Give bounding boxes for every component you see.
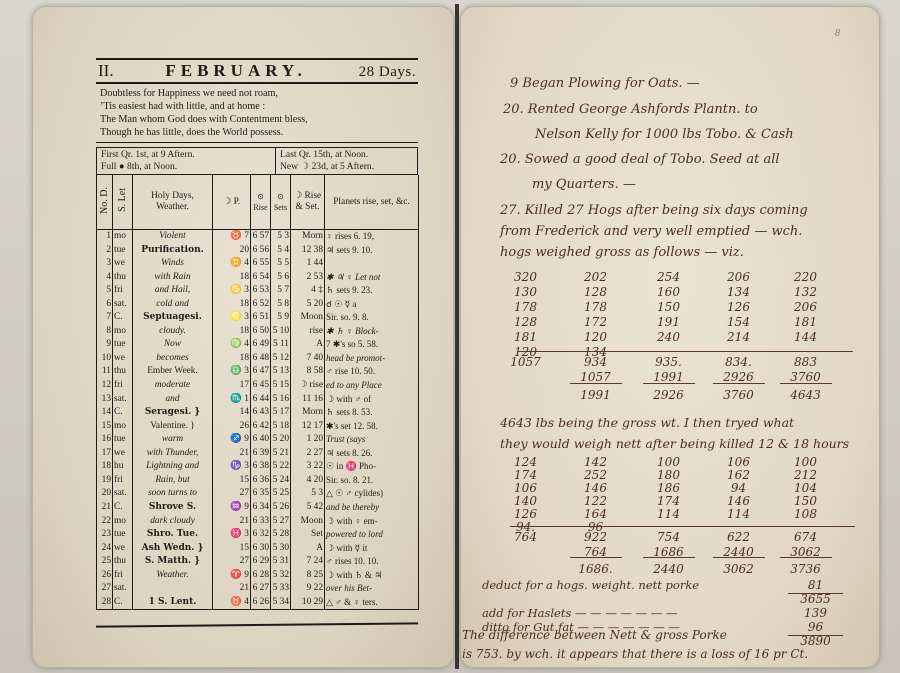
weight-value: 150 <box>641 300 696 314</box>
weekday: tue <box>113 244 133 258</box>
planets-note: and be thereby <box>325 501 419 515</box>
weekday: C. <box>113 311 133 325</box>
entry-line: my Quarters. — <box>532 177 636 192</box>
moon-place: 21 <box>213 447 251 461</box>
moon-place: 27 <box>213 487 251 501</box>
deduction-label: add for Haslets — — — — — — — <box>482 606 677 620</box>
table-row: 15moValentine. }266 425 1812 17✱'s set 1… <box>97 420 419 434</box>
deduction-value: 139 <box>788 606 843 620</box>
conclusion-line: is 753. by wch. it appears that there is… <box>462 647 808 661</box>
phase-last-quarter: Last Qr. 15th, at Noon. <box>280 149 374 161</box>
total-value: 674 <box>778 530 833 544</box>
holy-day-weather: soon turns to <box>133 487 213 501</box>
weight-value: 144 <box>778 330 833 344</box>
day-number: 19 <box>97 474 113 488</box>
weight-value: 191 <box>641 315 696 329</box>
header-sun-set: ⊙ Sets <box>271 175 291 230</box>
moon-rise-set: 2 53 <box>291 271 325 285</box>
planets-note: ♀ rises 6. 19, <box>325 230 419 244</box>
sun-rise: 6 47 <box>251 365 271 379</box>
sum-rule <box>713 383 765 384</box>
planets-note: ☽ with ♄ & ♃ <box>325 569 419 583</box>
moon-place: 18 <box>213 298 251 312</box>
table-row: 5friand Hail,♋ 36 535 74 ‡♄ sets 9. 23. <box>97 284 419 298</box>
sun-set: 5 12 <box>271 352 291 366</box>
planets-note: head be promot- <box>325 352 419 366</box>
weight-value: 142 <box>568 455 623 469</box>
day-number: 10 <box>97 352 113 366</box>
moon-place: ♍ 4 <box>213 338 251 352</box>
sun-set: 5 3 <box>271 230 291 244</box>
table-row: 25thuS. Matth. }276 295 317 24♂ rises 10… <box>97 555 419 569</box>
weight-value: 126 <box>498 507 553 521</box>
table-row: 22modark cloudy216 335 27Moon☽ with ♀ em… <box>97 514 419 528</box>
month-title: II. FEBRUARY. 28 Days. <box>96 58 418 84</box>
sun-rise: 6 39 <box>251 447 271 461</box>
moon-rise-set: 12 17 <box>291 420 325 434</box>
weight-value: 108 <box>778 507 833 521</box>
sun-set: 5 16 <box>271 393 291 407</box>
sun-set: 5 21 <box>271 447 291 461</box>
sun-set: 5 33 <box>271 582 291 596</box>
moon-rise-set: 5 20 <box>291 298 325 312</box>
day-number: 23 <box>97 528 113 542</box>
entry-line: from Frederick and very well emptied — w… <box>500 224 802 239</box>
day-number: 24 <box>97 542 113 556</box>
sun-rise: 6 56 <box>251 244 271 258</box>
table-row: 7C.Septuagesi.♌ 36 515 9MoonSir. so. 9. … <box>97 311 419 325</box>
holy-day-weather: S. Matth. } <box>133 555 213 569</box>
sun-rise: 6 30 <box>251 542 271 556</box>
deduction-label: deduct for a hogs. weight. nett porke <box>482 578 699 592</box>
moon-rise-set: 1 44 <box>291 257 325 271</box>
sun-set: 5 34 <box>271 596 291 610</box>
entry-line: 20. Rented George Ashfords Plantn. to <box>503 102 758 117</box>
table-row: 6sat.cold and186 525 85 20☌ ☉ ☿ a <box>97 298 419 312</box>
sum-rule <box>780 383 832 384</box>
planets-note: ☽ with ☿ it <box>325 542 419 556</box>
sun-rise: 6 43 <box>251 406 271 420</box>
sun-rise: 6 42 <box>251 420 271 434</box>
table-row: 13sat.and♏ 16 445 1611 16☽ with ♂ of <box>97 393 419 407</box>
planets-note: △ ♂ & ♀ ters. <box>325 596 419 610</box>
day-number: 9 <box>97 338 113 352</box>
planets-note: ✱ ♄ ♀ Block- <box>325 325 419 339</box>
holy-day-weather: cloudy. <box>133 325 213 339</box>
net-intro-line: they would weigh nett after being killed… <box>500 436 849 451</box>
moon-place: ♓ 3 <box>213 528 251 542</box>
holy-day-weather: and <box>133 393 213 407</box>
moon-rise-set: Moon <box>291 311 325 325</box>
moon-place: ♉ 4 <box>213 596 251 610</box>
total-value: 934 <box>568 355 623 369</box>
sun-rise: 6 51 <box>251 311 271 325</box>
total-value: 754 <box>641 530 696 544</box>
month-numeral: II. <box>98 61 114 81</box>
holy-day-weather: becomes <box>133 352 213 366</box>
sun-rise: 6 29 <box>251 555 271 569</box>
sun-rise: 6 53 <box>251 284 271 298</box>
planets-note: ed to any Place <box>325 379 419 393</box>
weight-value: 202 <box>568 270 623 284</box>
weight-value: 212 <box>778 468 833 482</box>
planets-note: Sir. so. 9. 8. <box>325 311 419 325</box>
verse-line: Though he has little, does the World pos… <box>100 126 418 139</box>
planets-note: 7 ✱'s so 5. 58. <box>325 338 419 352</box>
table-row: 19friRain, but156 365 244 20Sir. so. 8. … <box>97 474 419 488</box>
net-intro-line: 4643 lbs being the gross wt. I then trye… <box>500 415 794 430</box>
holy-day-weather: warm <box>133 433 213 447</box>
holy-day-weather: dark cloudy <box>133 514 213 528</box>
day-number: 11 <box>97 365 113 379</box>
total-value: 834. <box>711 355 766 369</box>
holy-day-weather: and Hail, <box>133 284 213 298</box>
day-number: 16 <box>97 433 113 447</box>
planets-note: ☌ ☉ ☿ a <box>325 298 419 312</box>
day-number: 5 <box>97 284 113 298</box>
moon-rise-set: A <box>291 542 325 556</box>
planets-note: ♄ sets 9. 23. <box>325 284 419 298</box>
moon-rise-set: Morn <box>291 406 325 420</box>
sun-set: 5 10 <box>271 325 291 339</box>
header-moon-place: ☽ P. <box>213 175 251 230</box>
moon-place: 20 <box>213 244 251 258</box>
moon-phases-right: Last Qr. 15th, at Noon. New ☽ 23d, at 5 … <box>275 148 378 174</box>
weight-value: 124 <box>498 455 553 469</box>
sun-rise: 6 32 <box>251 528 271 542</box>
weekday: C. <box>113 501 133 515</box>
table-row: 4thuwith Rain186 545 62 53✱ ♃ ♀ Let not <box>97 271 419 285</box>
book-gutter <box>455 4 459 669</box>
sum-rule <box>518 351 853 352</box>
phase-full-moon: Full ● 8th, at Noon. <box>101 161 271 173</box>
table-row: 10webecomes186 485 127 40head be promot- <box>97 352 419 366</box>
verse-line: Doubtless for Happiness we need not roam… <box>100 87 418 100</box>
total-value: 3760 <box>711 388 766 402</box>
sun-rise: 6 40 <box>251 433 271 447</box>
weekday: hu <box>113 460 133 474</box>
day-number: 25 <box>97 555 113 569</box>
weekday: fri <box>113 569 133 583</box>
moon-place: ♏ 1 <box>213 393 251 407</box>
deduction-value: 96 <box>788 620 843 634</box>
planets-note: ♂ rise 10. 50. <box>325 365 419 379</box>
weight-value: 164 <box>568 507 623 521</box>
sun-set: 5 4 <box>271 244 291 258</box>
sun-rise: 6 45 <box>251 379 271 393</box>
weekday: fri <box>113 284 133 298</box>
table-row: 23tueShro. Tue.♓ 36 325 28Setpowered to … <box>97 528 419 542</box>
holy-day-weather: moderate <box>133 379 213 393</box>
moon-place: 15 <box>213 542 251 556</box>
table-row: 8mocloudy.186 505 10rise✱ ♄ ♀ Block- <box>97 325 419 339</box>
day-number: 1 <box>97 230 113 244</box>
weekday: thu <box>113 365 133 379</box>
total-value: 3062 <box>711 562 766 576</box>
weight-value: 106 <box>498 481 553 495</box>
weekday: tue <box>113 338 133 352</box>
moon-rise-set: 2 27 <box>291 447 325 461</box>
sun-set: 5 22 <box>271 460 291 474</box>
holy-day-weather: Now <box>133 338 213 352</box>
holy-day-weather <box>133 582 213 596</box>
total-value: 935. <box>641 355 696 369</box>
table-header: No. D. S. Let Holy Days, Weather. ☽ P. ⊙… <box>97 175 419 230</box>
day-number: 12 <box>97 379 113 393</box>
moon-place: ♊ 4 <box>213 257 251 271</box>
moon-rise-set: 9 22 <box>291 582 325 596</box>
moon-place: ♌ 3 <box>213 311 251 325</box>
weekday: we <box>113 542 133 556</box>
moon-place: ♋ 3 <box>213 284 251 298</box>
weight-value: 140 <box>498 494 553 508</box>
day-number: 2 <box>97 244 113 258</box>
sum-rule <box>643 383 695 384</box>
day-number: 17 <box>97 447 113 461</box>
moon-rise-set: 11 16 <box>291 393 325 407</box>
weekday: we <box>113 447 133 461</box>
total-value: 622 <box>711 530 766 544</box>
weight-value: 178 <box>498 300 553 314</box>
deduction-value: 3890 <box>788 634 843 648</box>
verse-line: The Man whom God does with Contentment b… <box>100 113 418 126</box>
sun-set: 5 8 <box>271 298 291 312</box>
day-number: 14 <box>97 406 113 420</box>
holy-day-weather: Purification. <box>133 244 213 258</box>
sun-rise: 6 44 <box>251 393 271 407</box>
day-number: 6 <box>97 298 113 312</box>
weight-value: 122 <box>568 494 623 508</box>
sun-set: 5 26 <box>271 501 291 515</box>
holy-day-weather: Septuagesi. <box>133 311 213 325</box>
moon-rise-set: 8 25 <box>291 569 325 583</box>
weight-value: 150 <box>778 494 833 508</box>
day-number: 13 <box>97 393 113 407</box>
moon-phases: First Qr. 1st, at 9 Aftern. Full ● 8th, … <box>96 147 418 175</box>
moon-rise-set: Moon <box>291 514 325 528</box>
total-value: 1057 <box>568 370 623 384</box>
moon-rise-set: A <box>291 338 325 352</box>
weight-value: 174 <box>498 468 553 482</box>
total-value: 2440 <box>641 562 696 576</box>
moon-rise-set: 12 38 <box>291 244 325 258</box>
table-row: 24weAsh Wedn. }156 305 30A☽ with ☿ it <box>97 542 419 556</box>
sun-rise: 6 36 <box>251 474 271 488</box>
phase-new-moon: New ☽ 23d, at 5 Aftern. <box>280 161 374 173</box>
table-row: 28C.1 S. Lent.♉ 46 265 3410 29△ ♂ & ♀ te… <box>97 596 419 610</box>
weight-value: 162 <box>711 468 766 482</box>
weight-value: 100 <box>778 455 833 469</box>
planets-note: ♃ sets 8. 26. <box>325 447 419 461</box>
table-row: 9tueNow♍ 46 495 11A7 ✱'s so 5. 58. <box>97 338 419 352</box>
sun-set: 5 31 <box>271 555 291 569</box>
weight-value: 128 <box>568 285 623 299</box>
planets-note: ♃ sets 9. 10. <box>325 244 419 258</box>
moon-rise-set: rise <box>291 325 325 339</box>
weight-value: 94 <box>711 481 766 495</box>
holy-day-weather: Shrove S. <box>133 501 213 515</box>
day-number: 8 <box>97 325 113 339</box>
month-days: 28 Days. <box>359 64 416 81</box>
moon-place: 18 <box>213 325 251 339</box>
moon-place: 21 <box>213 582 251 596</box>
deduction-value: 81 <box>788 578 843 592</box>
weight-value: 146 <box>711 494 766 508</box>
holy-day-weather: 1 S. Lent. <box>133 596 213 610</box>
entry-line: 27. Killed 27 Hogs after being six days … <box>500 203 808 218</box>
moon-place: 18 <box>213 352 251 366</box>
entry-line: hogs weighed gross as follows — viz. <box>500 245 744 260</box>
total-value: 4643 <box>778 388 833 402</box>
header-holy-days: Holy Days, Weather. <box>133 175 213 230</box>
weight-value: 180 <box>641 468 696 482</box>
sum-rule <box>570 557 622 558</box>
day-number: 3 <box>97 257 113 271</box>
sun-set: 5 18 <box>271 420 291 434</box>
holy-day-weather: cold and <box>133 298 213 312</box>
planets-note: ♂ rises 10. 10. <box>325 555 419 569</box>
holy-day-weather: Seragesi. } <box>133 406 213 420</box>
table-row: 11thuEmber Week.♎ 36 475 138 58♂ rise 10… <box>97 365 419 379</box>
day-number: 18 <box>97 460 113 474</box>
sun-rise: 6 34 <box>251 501 271 515</box>
weight-value: 252 <box>568 468 623 482</box>
sun-rise: 6 57 <box>251 230 271 244</box>
weight-value: 134 <box>711 285 766 299</box>
planets-note: Sir. so. 8. 21. <box>325 474 419 488</box>
moon-place: ♒ 9 <box>213 501 251 515</box>
weekday: mo <box>113 420 133 434</box>
weekday: mo <box>113 514 133 528</box>
moon-rise-set: ☽ rise <box>291 379 325 393</box>
moon-place: 14 <box>213 406 251 420</box>
phase-first-quarter: First Qr. 1st, at 9 Aftern. <box>101 149 271 161</box>
verse-line: ’Tis easiest had with little, and at hom… <box>100 100 418 113</box>
moon-rise-set: Set <box>291 528 325 542</box>
weight-value: 254 <box>641 270 696 284</box>
header-planets: Planets rise, set, &c. <box>325 175 419 230</box>
moon-place: 21 <box>213 514 251 528</box>
weight-value: 100 <box>641 455 696 469</box>
weekday: sat. <box>113 298 133 312</box>
day-number: 20 <box>97 487 113 501</box>
almanac-rows: 1moViolent♉ 76 575 3Morn♀ rises 6. 19,2t… <box>97 230 419 610</box>
table-row: 12frimoderate176 455 15☽ riseed to any P… <box>97 379 419 393</box>
total-value: 1686. <box>568 562 623 576</box>
weekday: sat. <box>113 582 133 596</box>
weight-value: 181 <box>778 315 833 329</box>
sum-rule <box>713 557 765 558</box>
moon-rise-set: 7 40 <box>291 352 325 366</box>
moon-place: ♈ 9 <box>213 569 251 583</box>
weight-value: 206 <box>711 270 766 284</box>
sun-rise: 6 26 <box>251 596 271 610</box>
weekday: mo <box>113 230 133 244</box>
table-row: 18huLightning and♑ 36 385 223 22☉ in ♓ P… <box>97 460 419 474</box>
planets-note: ✱'s set 12. 58. <box>325 420 419 434</box>
moon-place: 17 <box>213 379 251 393</box>
sum-rule <box>570 383 622 384</box>
weight-value: 154 <box>711 315 766 329</box>
weight-value: 126 <box>711 300 766 314</box>
moon-place: 18 <box>213 271 251 285</box>
weight-value: 132 <box>778 285 833 299</box>
moon-rise-set: 5 3 <box>291 487 325 501</box>
sun-set: 5 17 <box>271 406 291 420</box>
sun-rise: 6 35 <box>251 487 271 501</box>
weight-value: 214 <box>711 330 766 344</box>
weight-value: 181 <box>498 330 553 344</box>
sun-set: 5 32 <box>271 569 291 583</box>
almanac-table: No. D. S. Let Holy Days, Weather. ☽ P. ⊙… <box>96 175 419 610</box>
table-row: 27sat.216 275 339 22over his Bet- <box>97 582 419 596</box>
weight-value: 104 <box>778 481 833 495</box>
sun-set: 5 28 <box>271 528 291 542</box>
weekday: we <box>113 352 133 366</box>
weekday: fri <box>113 474 133 488</box>
sun-set: 5 15 <box>271 379 291 393</box>
weight-value: 172 <box>568 315 623 329</box>
weight-value: 160 <box>641 285 696 299</box>
sun-set: 5 20 <box>271 433 291 447</box>
planets-note: △ ☉ ♂ cylides) <box>325 487 419 501</box>
moon-place: 15 <box>213 474 251 488</box>
moon-rise-set: 3 22 <box>291 460 325 474</box>
moon-rise-set: 5 42 <box>291 501 325 515</box>
header-moon-rise-set: ☽ Rise & Set. <box>291 175 325 230</box>
entry-line: Nelson Kelly for 1000 lbs Tobo. & Cash <box>535 127 794 142</box>
weight-value: 114 <box>641 507 696 521</box>
moon-rise-set: 8 58 <box>291 365 325 379</box>
sum-rule <box>510 526 855 527</box>
table-row: 20sat.soon turns to276 355 255 3△ ☉ ♂ cy… <box>97 487 419 501</box>
verse: Doubtless for Happiness we need not roam… <box>96 84 418 143</box>
sun-set: 5 6 <box>271 271 291 285</box>
planets-note: ☉ in ♓ Pho- <box>325 460 419 474</box>
weight-value: 320 <box>498 270 553 284</box>
header-sunday-letter: S. Let <box>113 175 133 230</box>
sun-set: 5 25 <box>271 487 291 501</box>
weight-value: 114 <box>711 507 766 521</box>
holy-day-weather: Weather. <box>133 569 213 583</box>
total-value: 3736 <box>778 562 833 576</box>
entry-line: 20. Sowed a good deal of Tobo. Seed at a… <box>500 152 780 167</box>
moon-place: ♎ 3 <box>213 365 251 379</box>
planets-note: ♄ sets 8. 53. <box>325 406 419 420</box>
weekday: we <box>113 257 133 271</box>
holy-day-weather: Ember Week. <box>133 365 213 379</box>
weekday: tue <box>113 528 133 542</box>
table-row: 2tuePurification.206 565 412 38♃ sets 9.… <box>97 244 419 258</box>
sum-rule <box>643 557 695 558</box>
total-value: 3760 <box>778 370 833 384</box>
almanac-calendar: II. FEBRUARY. 28 Days. Doubtless for Hap… <box>96 58 418 626</box>
moon-rise-set: 4 ‡ <box>291 284 325 298</box>
weekday: thu <box>113 555 133 569</box>
holy-day-weather: Rain, but <box>133 474 213 488</box>
weekday: C. <box>113 596 133 610</box>
planets-note <box>325 257 419 271</box>
sun-rise: 6 54 <box>251 271 271 285</box>
weight-value: 178 <box>568 300 623 314</box>
weekday: sat. <box>113 487 133 501</box>
sun-rise: 6 33 <box>251 514 271 528</box>
weight-value: 128 <box>498 315 553 329</box>
moon-place: 27 <box>213 555 251 569</box>
planets-note: over his Bet- <box>325 582 419 596</box>
moon-place: 26 <box>213 420 251 434</box>
sun-rise: 6 48 <box>251 352 271 366</box>
